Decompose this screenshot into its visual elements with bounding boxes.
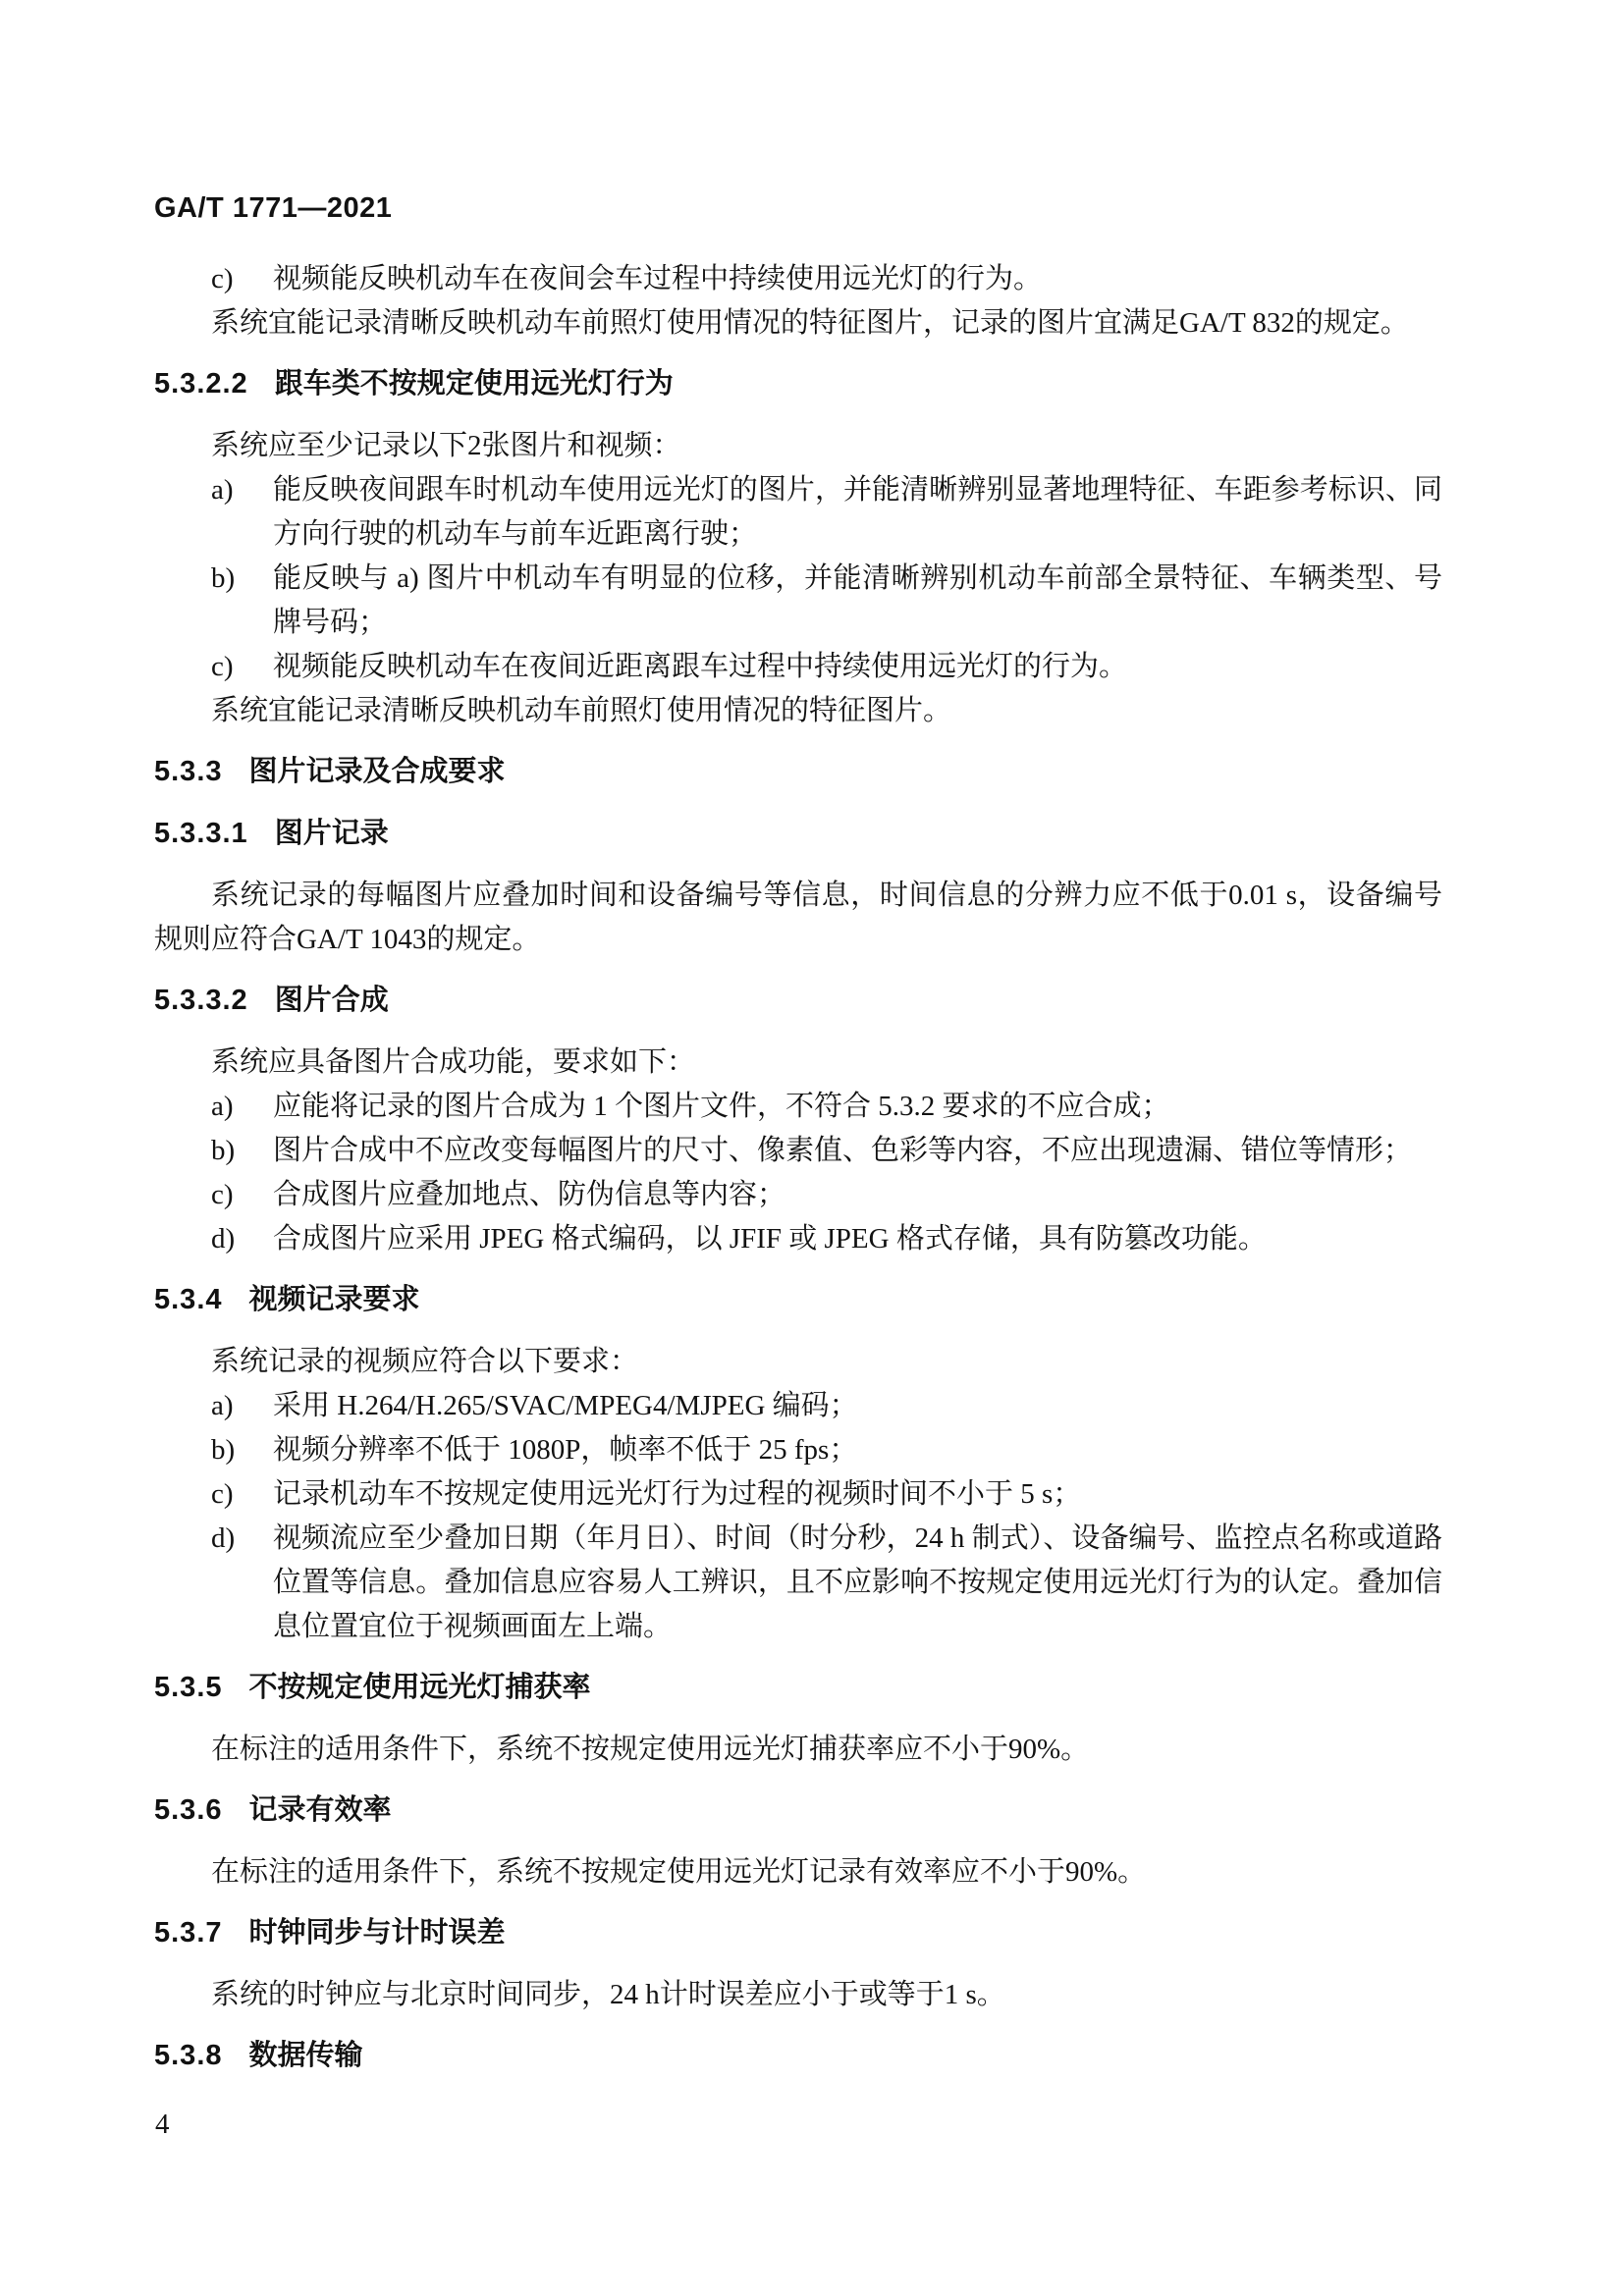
document-page: GA/T 1771—2021 c)视频能反映机动车在夜间会车过程中持续使用远光灯…: [0, 0, 1624, 2296]
list-item-marker: d): [211, 1517, 235, 1561]
paragraph: 在标注的适用条件下，系统不按规定使用远光灯记录有效率应不小于90%。: [154, 1850, 1442, 1895]
paragraph: 系统记录的每幅图片应叠加时间和设备编号等信息，时间信息的分辨力应不低于0.01 …: [154, 874, 1442, 962]
list-item-text: 合成图片应叠加地点、防伪信息等内容；: [273, 1179, 785, 1210]
list-item-text: 图片合成中不应改变每幅图片的尺寸、像素值、色彩等内容，不应出现遗漏、错位等情形；: [273, 1135, 1412, 1166]
list-item-text: 视频能反映机动车在夜间近距离跟车过程中持续使用远光灯的行为。: [273, 651, 1127, 682]
page-number: 4: [155, 2103, 170, 2147]
section-heading: 5.3.2.2跟车类不按规定使用远光灯行为: [154, 362, 1442, 406]
list-item: b)视频分辨率不低于 1080P，帧率不低于 25 fps；: [154, 1428, 1442, 1472]
list-item-marker: a): [211, 468, 234, 512]
paragraph: 系统应具备图片合成功能，要求如下：: [154, 1041, 1442, 1085]
section-number: 5.3.8: [154, 2040, 223, 2071]
list-item-text: 能反映夜间跟车时机动车使用远光灯的图片，并能清晰辨别显著地理特征、车距参考标识、…: [273, 474, 1442, 550]
list-item: c)记录机动车不按规定使用远光灯行为过程的视频时间不小于 5 s；: [154, 1472, 1442, 1517]
section-title: 不按规定使用远光灯捕获率: [249, 1672, 591, 1703]
list-item-marker: b): [211, 557, 235, 601]
paragraph: 在标注的适用条件下，系统不按规定使用远光灯捕获率应不小于90%。: [154, 1728, 1442, 1772]
list-item-text: 视频能反映机动车在夜间会车过程中持续使用远光灯的行为。: [273, 263, 1042, 294]
paragraph: 系统应至少记录以下2张图片和视频：: [154, 424, 1442, 468]
section-number: 5.3.3: [154, 756, 223, 787]
paragraph: 系统宜能记录清晰反映机动车前照灯使用情况的特征图片，记录的图片宜满足GA/T 8…: [154, 301, 1442, 346]
list-item: a)应能将记录的图片合成为 1 个图片文件，不符合 5.3.2 要求的不应合成；: [154, 1085, 1442, 1129]
list-item-marker: c): [211, 1472, 234, 1517]
list-item: b)图片合成中不应改变每幅图片的尺寸、像素值、色彩等内容，不应出现遗漏、错位等情…: [154, 1129, 1442, 1173]
list-item-marker: c): [211, 257, 234, 301]
list-item-text: 能反映与 a) 图片中机动车有明显的位移，并能清晰辨别机动车前部全景特征、车辆类…: [273, 562, 1442, 638]
list-item-marker: a): [211, 1085, 234, 1129]
paragraph: 系统的时钟应与北京时间同步，24 h计时误差应小于或等于1 s。: [154, 1973, 1442, 2017]
section-title: 时钟同步与计时误差: [249, 1917, 506, 1949]
section-number: 5.3.7: [154, 1917, 223, 1949]
list-item-marker: c): [211, 1173, 234, 1217]
list-item-text: 应能将记录的图片合成为 1 个图片文件，不符合 5.3.2 要求的不应合成；: [273, 1091, 1170, 1122]
paragraph: 系统记录的视频应符合以下要求：: [154, 1340, 1442, 1384]
list-item-text: 记录机动车不按规定使用远光灯行为过程的视频时间不小于 5 s；: [273, 1478, 1081, 1510]
list-item-text: 采用 H.264/H.265/SVAC/MPEG4/MJPEG 编码；: [273, 1390, 858, 1421]
section-heading: 5.3.5不按规定使用远光灯捕获率: [154, 1666, 1442, 1710]
doc-code-header: GA/T 1771—2021: [154, 192, 392, 224]
section-title: 视频记录要求: [249, 1284, 420, 1315]
list-item: d)合成图片应采用 JPEG 格式编码，以 JFIF 或 JPEG 格式存储，具…: [154, 1217, 1442, 1261]
section-title: 图片合成: [275, 985, 389, 1016]
list-item-text: 视频分辨率不低于 1080P，帧率不低于 25 fps；: [273, 1434, 857, 1466]
section-number: 5.3.5: [154, 1672, 223, 1703]
list-item-marker: c): [211, 645, 234, 689]
paragraph: 系统宜能记录清晰反映机动车前照灯使用情况的特征图片。: [154, 689, 1442, 733]
section-heading: 5.3.6记录有效率: [154, 1789, 1442, 1833]
list-item: c)合成图片应叠加地点、防伪信息等内容；: [154, 1173, 1442, 1217]
section-title: 跟车类不按规定使用远光灯行为: [275, 368, 674, 400]
list-item-text: 合成图片应采用 JPEG 格式编码，以 JFIF 或 JPEG 格式存储，具有防…: [273, 1223, 1267, 1255]
list-item-marker: b): [211, 1129, 235, 1173]
list-item: d)视频流应至少叠加日期（年月日）、时间（时分秒，24 h 制式）、设备编号、监…: [154, 1517, 1442, 1649]
list-item: c)视频能反映机动车在夜间近距离跟车过程中持续使用远光灯的行为。: [154, 645, 1442, 689]
section-title: 记录有效率: [249, 1794, 392, 1826]
list-item: c)视频能反映机动车在夜间会车过程中持续使用远光灯的行为。: [154, 257, 1442, 301]
section-heading: 5.3.3.1图片记录: [154, 812, 1442, 856]
list-item-marker: a): [211, 1384, 234, 1428]
list-item-marker: d): [211, 1217, 235, 1261]
section-number: 5.3.3.2: [154, 985, 248, 1016]
section-number: 5.3.6: [154, 1794, 223, 1826]
section-heading: 5.3.3.2图片合成: [154, 979, 1442, 1023]
list-item: a)采用 H.264/H.265/SVAC/MPEG4/MJPEG 编码；: [154, 1384, 1442, 1428]
section-title: 数据传输: [249, 2040, 363, 2071]
section-number: 5.3.2.2: [154, 368, 248, 400]
section-number: 5.3.4: [154, 1284, 223, 1315]
list-item: a)能反映夜间跟车时机动车使用远光灯的图片，并能清晰辨别显著地理特征、车距参考标…: [154, 468, 1442, 557]
section-heading: 5.3.7时钟同步与计时误差: [154, 1911, 1442, 1955]
section-title: 图片记录及合成要求: [249, 756, 506, 787]
section-number: 5.3.3.1: [154, 818, 248, 849]
section-title: 图片记录: [275, 818, 389, 849]
list-item-text: 视频流应至少叠加日期（年月日）、时间（时分秒，24 h 制式）、设备编号、监控点…: [273, 1522, 1442, 1642]
section-heading: 5.3.4视频记录要求: [154, 1278, 1442, 1322]
list-item-marker: b): [211, 1428, 235, 1472]
section-heading: 5.3.8数据传输: [154, 2034, 1442, 2078]
section-heading: 5.3.3图片记录及合成要求: [154, 750, 1442, 794]
document-body: c)视频能反映机动车在夜间会车过程中持续使用远光灯的行为。系统宜能记录清晰反映机…: [154, 257, 1442, 2096]
list-item: b)能反映与 a) 图片中机动车有明显的位移，并能清晰辨别机动车前部全景特征、车…: [154, 557, 1442, 645]
